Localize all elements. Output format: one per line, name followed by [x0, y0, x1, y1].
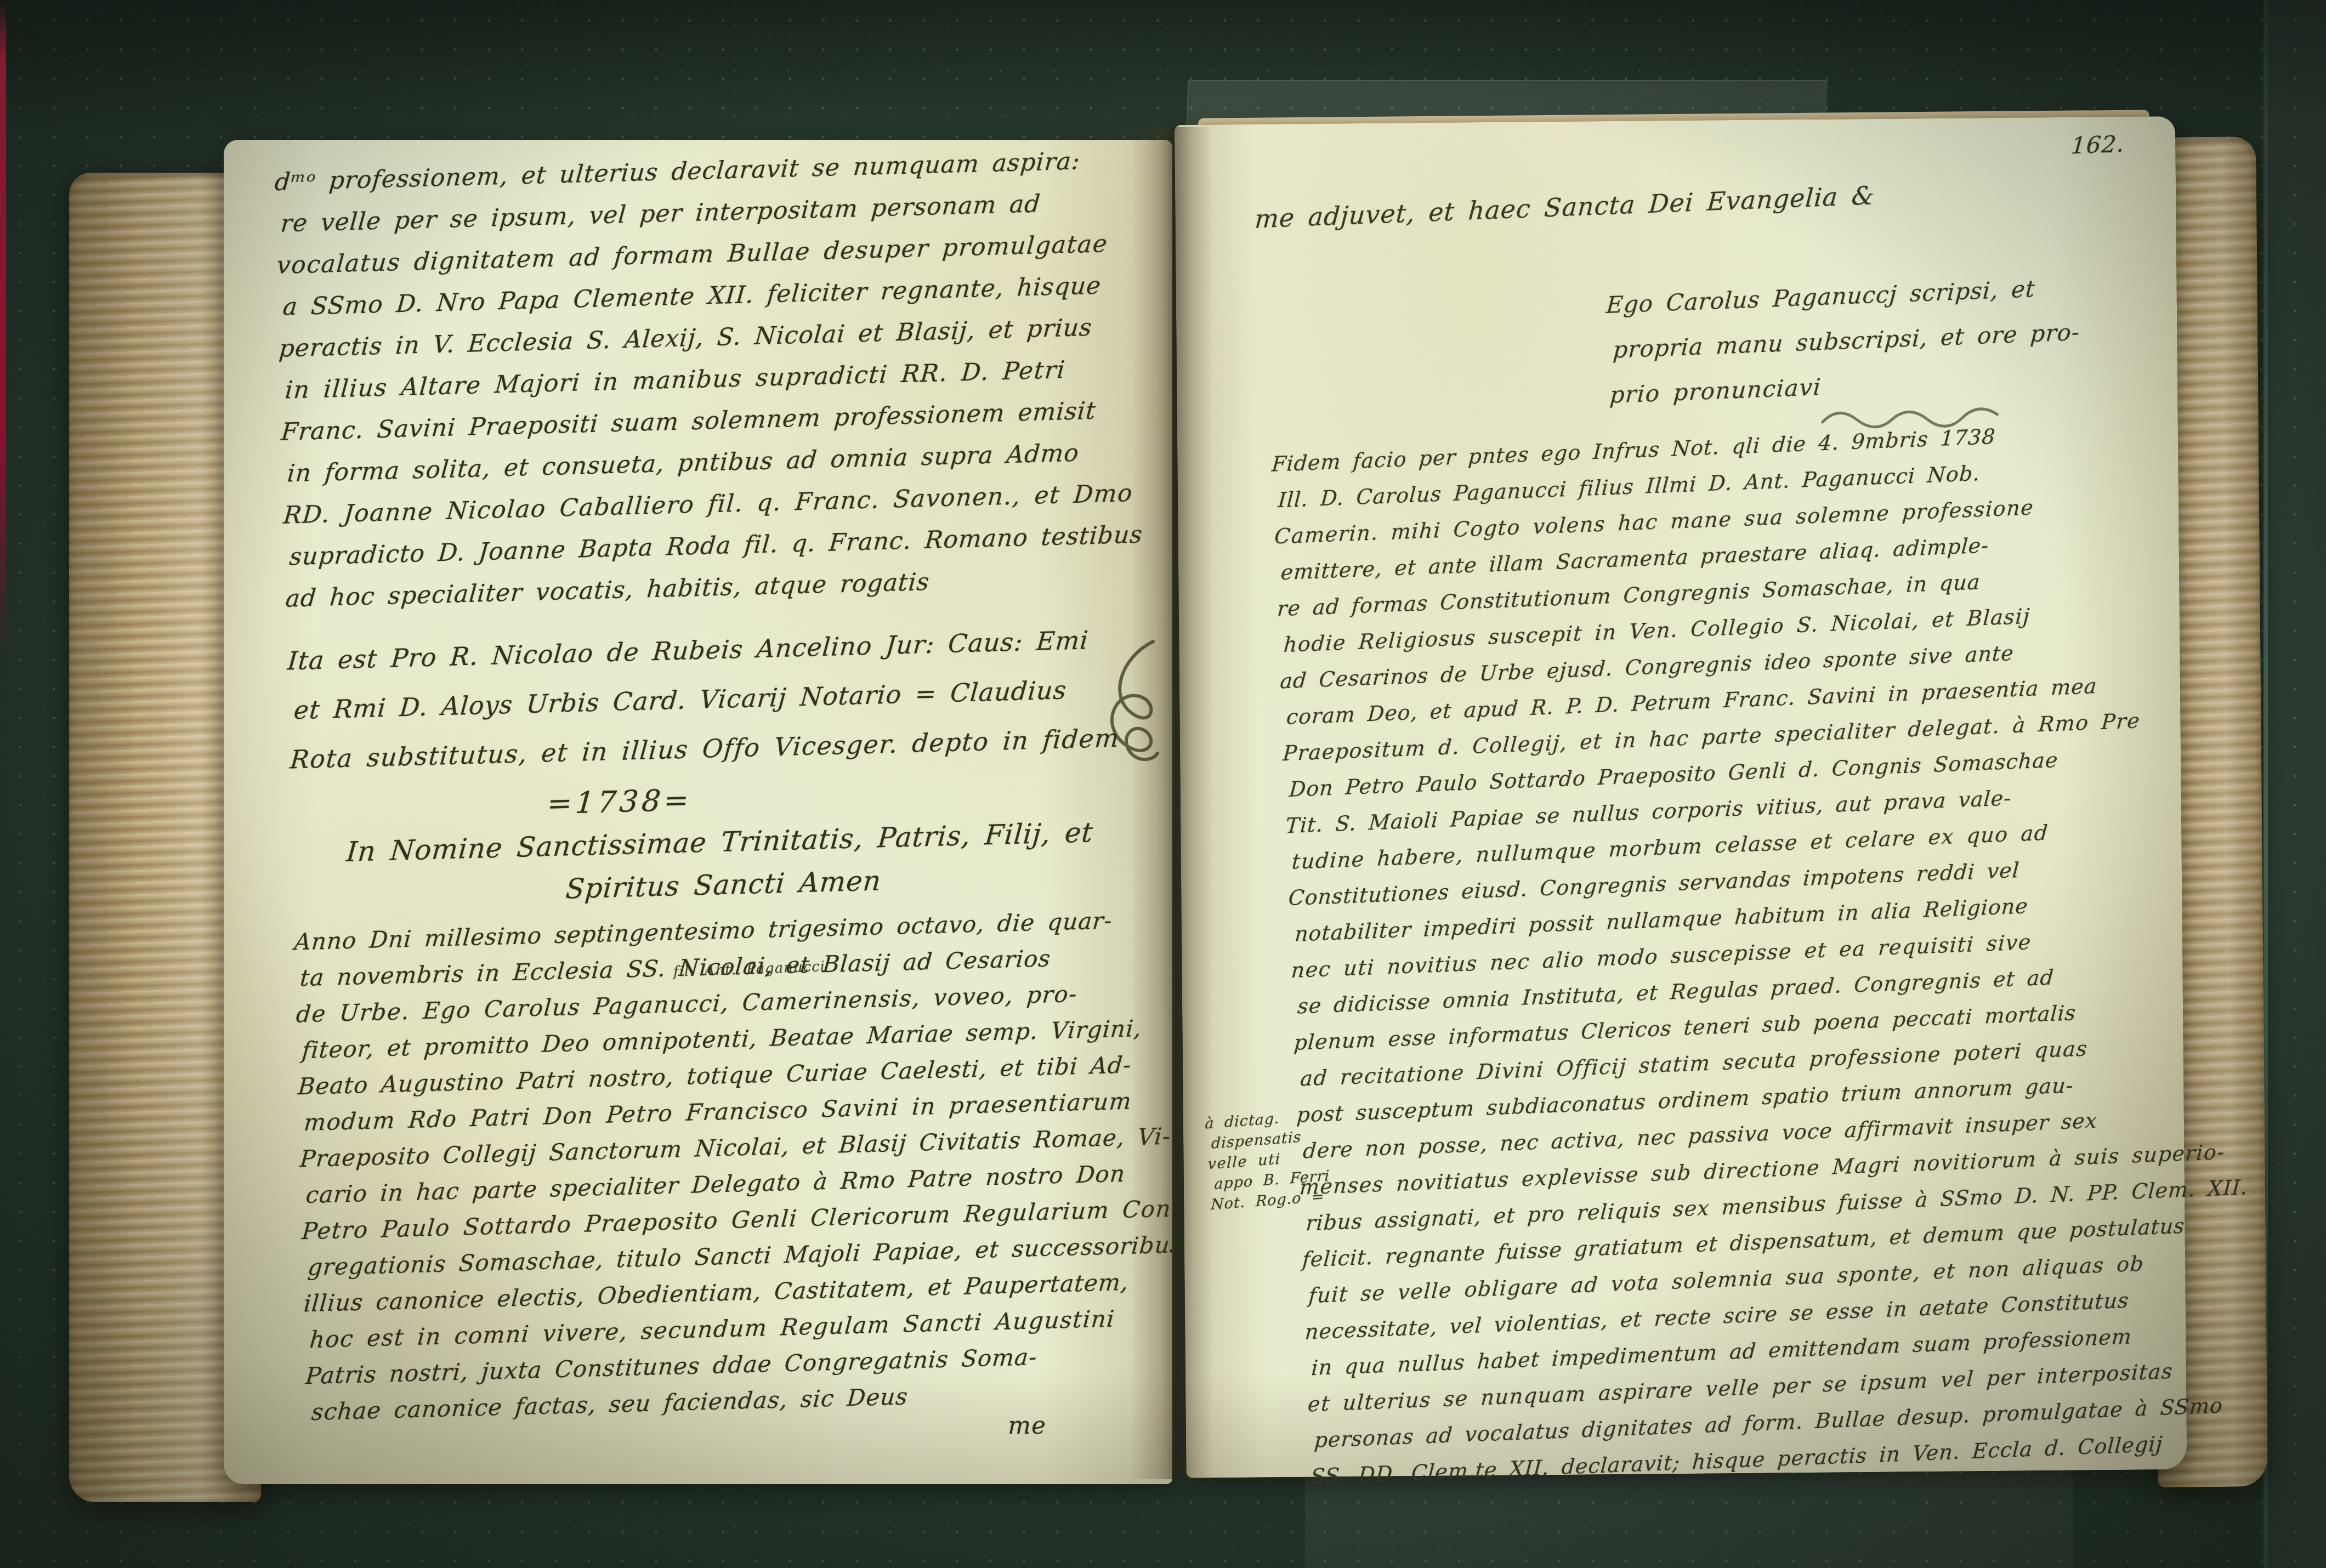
catchword: me: [224, 1412, 1046, 1440]
book-gutter-shadow: [1131, 127, 1213, 1479]
left-page-paragraph-1: dᵐᵒ professionem, et ulterius declaravit…: [272, 139, 1161, 620]
glass-sheet-edge-column: [2268, 0, 2326, 1568]
professed-signature-block: Ego Carolus Paganuccj scripsi, etpropria…: [1603, 265, 2080, 418]
manuscript-right-page: 162. me adjuvet, et haec Sancta Dei Evan…: [1175, 116, 2187, 1478]
left-page-text-block: dᵐᵒ professionem, et ulterius declaravit…: [272, 139, 1182, 1430]
left-page-paragraph-2: Anno Dni millesimo septingentesimo trige…: [292, 901, 1182, 1431]
red-edge-stripe: [0, 0, 6, 652]
oath-closing-line: me adjuvet, et haec Sancta Dei Evangelia…: [1254, 180, 1876, 234]
folio-number: 162.: [2070, 130, 2126, 159]
notary-certification-paragraph: Fidem facio per pntes ego Infrus Not. ql…: [1269, 411, 2219, 1495]
right-page-text-block: 162. me adjuvet, et haec Sancta Dei Evan…: [1175, 87, 2226, 1477]
manuscript-left-page: dᵐᵒ professionem, et ulterius declaravit…: [224, 140, 1172, 1484]
margin-note: à dictag.dispensatisvelle utiappo B. Fer…: [1203, 1104, 1347, 1215]
manuscript-photo: dᵐᵒ professionem, et ulterius declaravit…: [0, 0, 2326, 1568]
left-page-notary-attestation: Ita est Pro R. Nicolao de Rubeis Ancelin…: [285, 613, 1166, 785]
invocation-heading: In Nomine Sanctissimae Trinitatis, Patri…: [290, 810, 1147, 918]
